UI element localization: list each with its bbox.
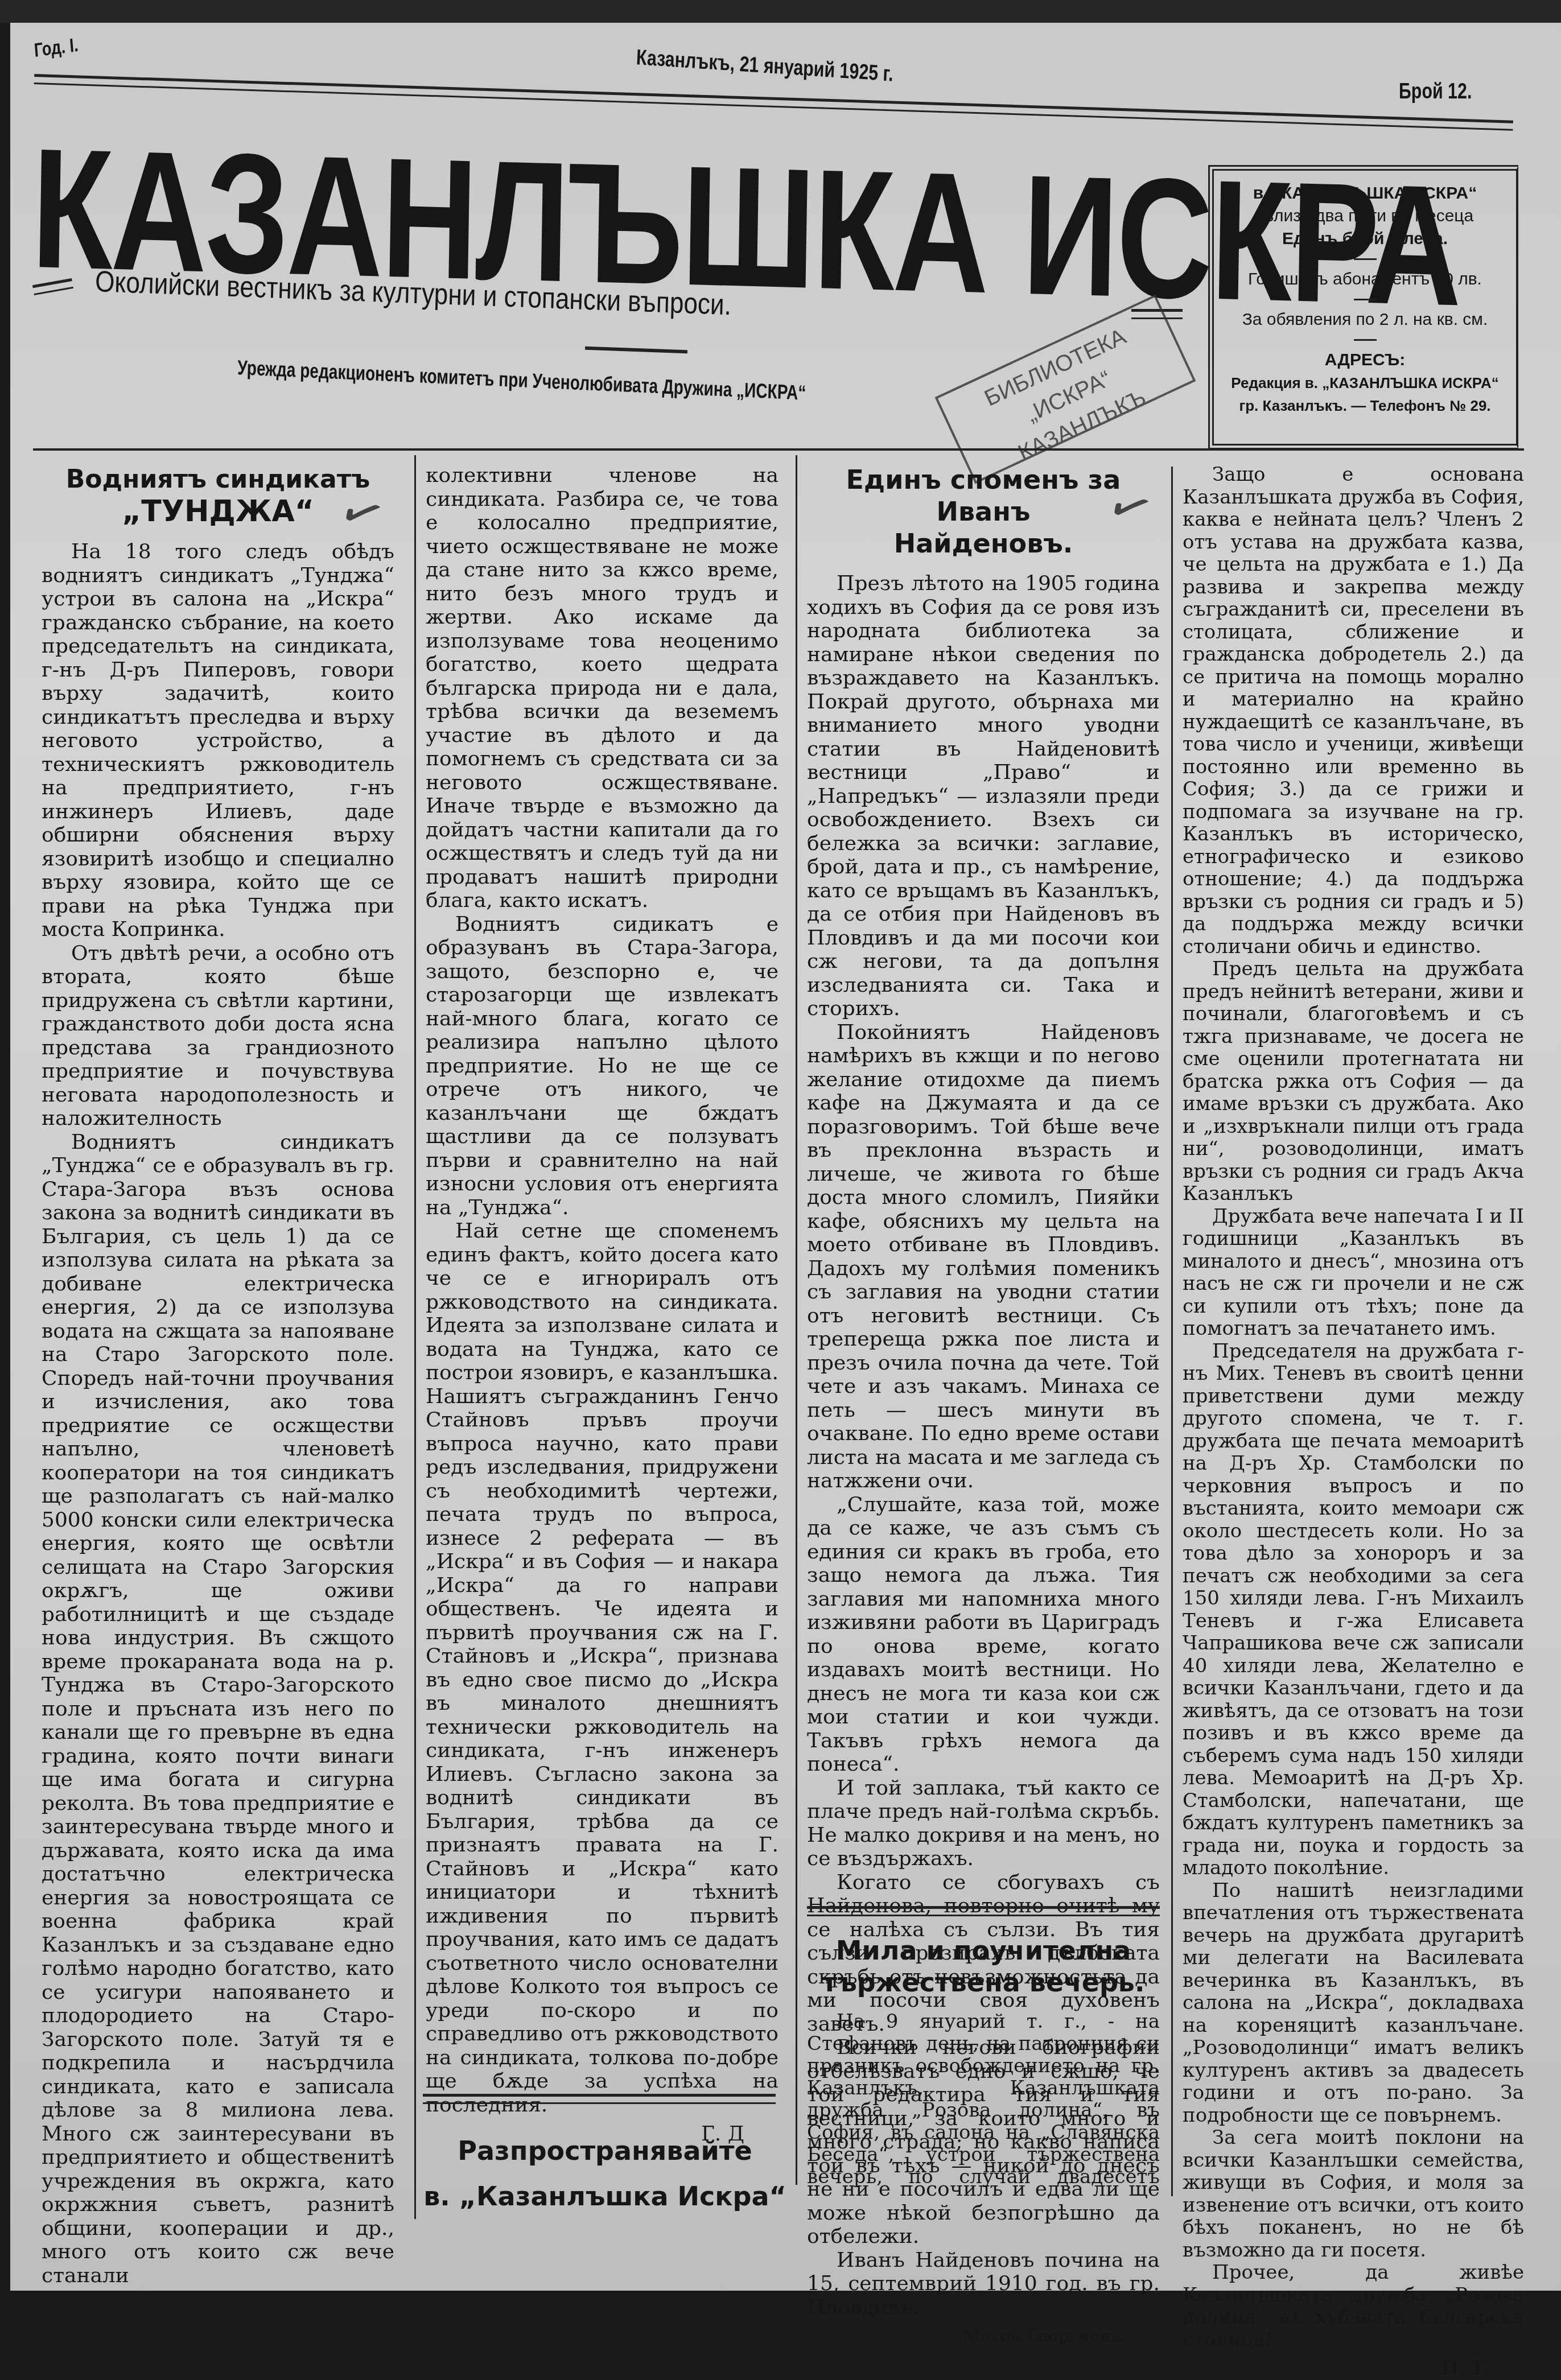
infobox-divider (1354, 258, 1377, 260)
article-paragraph: Дружбата вече напечата I и II годишници … (1183, 1206, 1524, 1340)
article-paragraph: И той заплака, тъй както се плаче предъ … (807, 1776, 1160, 1871)
article-vecher-part1: Мила и поучителна тържествена вечерь. На… (807, 1934, 1160, 2193)
subscription-infobox: в. „КАЗАНЛЪШКА ИСКРА“ излиза два пжти въ… (1208, 165, 1518, 449)
article-paragraph: Водниятъ сидикатъ е образуванъ въ Стара-… (426, 913, 779, 1220)
headline-line-1: Мила и поучителна (807, 1934, 1160, 1966)
headline-line-1: Водниятъ синдикатъ (42, 464, 394, 496)
headline-line-2: Найденовъ. (807, 527, 1160, 559)
promo-rule (423, 2094, 776, 2104)
column-divider-3 (1171, 467, 1173, 2196)
article-paragraph: Покойниятъ Найденовъ намѣрихъ въ кжщи и … (807, 1021, 1160, 1493)
infobox-paper-name: в. „КАЗАНЛЪШКА ИСКРА“ (1214, 182, 1516, 205)
article-tundzha-part1: Водниятъ синдикатъ „ТУНДЖА“ На 18 того с… (42, 464, 394, 2287)
article-paragraph: Презъ лѣтото на 1905 година ходихъ въ Со… (807, 572, 1160, 1021)
article-paragraph: Председателя на дружбата г-нъ Мих. Тенев… (1183, 1340, 1524, 1880)
headline-line-2: тържествена вечерь. (807, 1966, 1160, 1998)
article-paragraph: На 18 того следъ обѣдъ водниятъ синдикат… (42, 540, 394, 942)
issue-number: Брой 12. (1399, 80, 1472, 104)
newspaper-page: Год. I. Казанлъкъ, 21 януарий 1925 г. Бр… (10, 23, 1561, 2291)
header-bottom-rule (33, 448, 1524, 451)
article-paragraph: Отъ двѣтѣ речи, а особно отъ втората, ко… (42, 942, 394, 1131)
committee-line: Урежда редакционенъ комитетъ при Ученолю… (237, 356, 806, 405)
infobox-price: Единъ брой 2 лева. (1214, 228, 1516, 250)
article-paragraph: Водниятъ синдикатъ „Тунджа“ се е образув… (42, 1131, 394, 2288)
promo-box: Разпространявайте в. „Казанлъшка Искра“ (423, 2128, 787, 2219)
infobox-divider (1354, 299, 1377, 300)
section-rule (807, 1906, 1160, 1916)
infobox-address-1: Редакция в. „КАЗАНЛЪШКА ИСКРА“ (1214, 372, 1516, 394)
infobox-subscription: Годишенъ абонаментъ 40 лв. (1214, 268, 1516, 291)
article-paragraph: Прочее, да живѣе Казанлъшката дружба „Ро… (1183, 2262, 1524, 2291)
article-tundzha-part2: колективни членове на синдиката. Разбира… (426, 464, 779, 2146)
article-vecher-title: Мила и поучителна тържествена вечерь. (807, 1934, 1160, 1998)
promo-line-2: в. „Казанлъшка Искра“ (423, 2173, 787, 2219)
year-label: Год. I. (33, 34, 79, 62)
column-divider-1 (414, 455, 416, 2219)
article-paragraph: Иванъ Найденовъ почина на 15, септемврий… (807, 2249, 1160, 2291)
article-paragraph: По нашитѣ неизгладими впечатления отъ тъ… (1183, 1880, 1524, 2127)
infobox-ads: За обявления по 2 л. на кв. см. (1214, 308, 1516, 331)
article-paragraph: На 9 януарий т. г., - на Стефановъ день,… (807, 2011, 1160, 2193)
infobox-divider (1354, 339, 1377, 341)
article-paragraph: Защо е основана Казанлъшката дружба въ С… (1183, 464, 1524, 958)
infobox-address-label: АДРЕСЪ: (1214, 349, 1516, 372)
article-paragraph: Най сетне ще споменемъ единъ фактъ, койт… (426, 1219, 779, 2117)
column-divider-2 (796, 455, 797, 2185)
article-paragraph: „Слушайте, каза той, може да се каже, че… (807, 1493, 1160, 1776)
article-vecher-part2: Защо е основана Казанлъшката дружба въ С… (1183, 464, 1524, 2291)
infobox-address-2: гр. Казанлъкъ. — Телефонъ № 29. (1214, 394, 1516, 417)
article-paragraph: колективни членове на синдиката. Разбира… (426, 464, 779, 913)
article-paragraph: За сега моитѣ поклони на всички Казанлъш… (1183, 2127, 1524, 2262)
infobox-frequency: излиза два пжти въ месеца (1214, 205, 1516, 228)
subtitle-separator (585, 347, 687, 353)
promo-line-1: Разпространявайте (423, 2128, 787, 2173)
photo-dark-edge (0, 0, 1561, 23)
article-paragraph: Предъ цельта на дружбата предъ нейнитѣ в… (1183, 958, 1524, 1206)
